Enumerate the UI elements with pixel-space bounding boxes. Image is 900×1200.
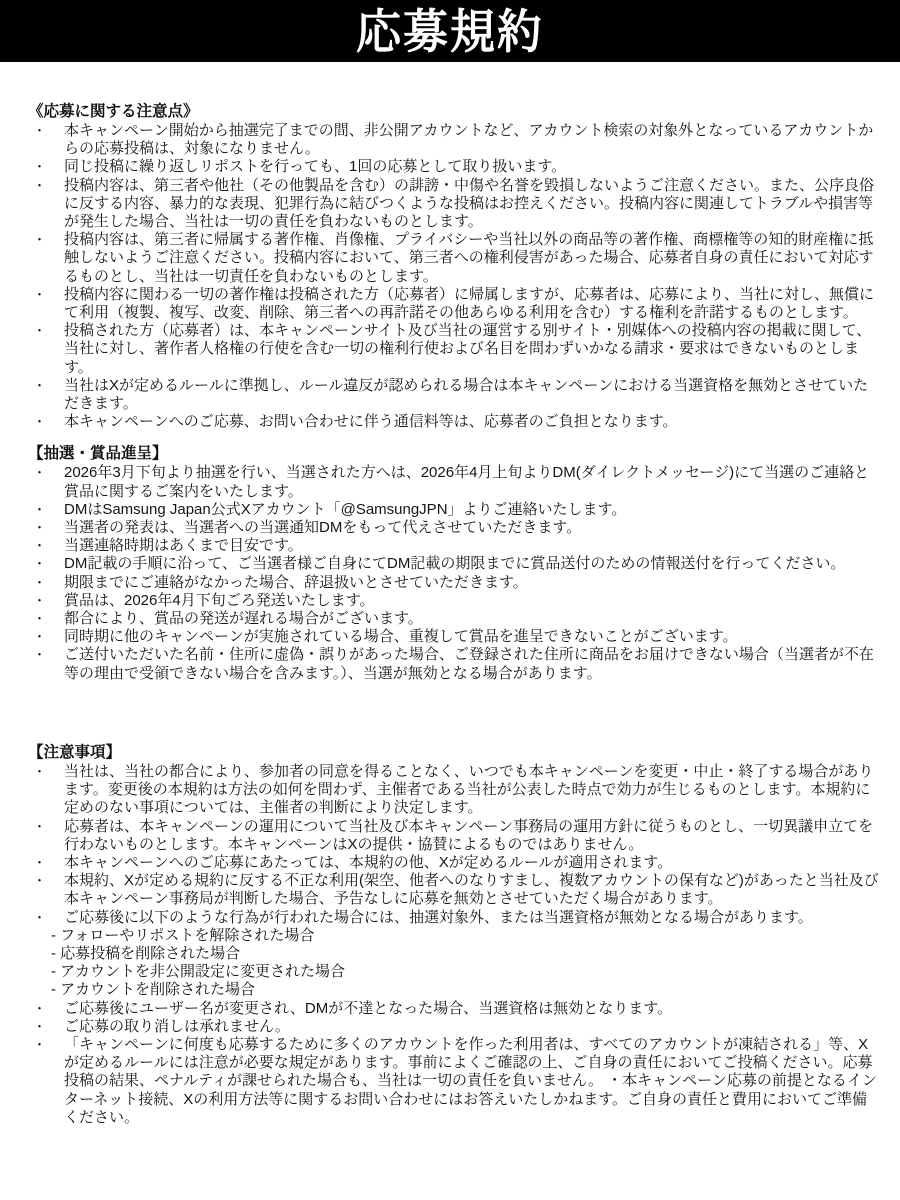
bullet-icon: ・: [28, 574, 64, 592]
list-item: ・投稿内容に関わる一切の著作権は投稿された方（応募者）に帰属しますが、応募者は、…: [28, 286, 880, 322]
item-text: 都合により、賞品の発送が遅れる場合がございます。: [64, 610, 880, 628]
item-text: DM記載の手順に沿って、ご当選者様ご自身にてDM記載の期限までに賞品送付のための…: [64, 555, 880, 573]
bullet-icon: ・: [28, 231, 64, 249]
terms-section: 《応募に関する注意点》 ・本キャンペーン開始から抽選完了までの間、非公開アカウン…: [28, 102, 880, 431]
item-text: 期限までにご連絡がなかった場合、辞退扱いとさせていただきます。: [64, 574, 880, 592]
sub-list-item: - アカウントを非公開設定に変更された場合: [51, 963, 880, 981]
item-text: 当選連絡時期はあくまで目安です。: [64, 537, 880, 555]
section-list: ・2026年3月下旬より抽選を行い、当選された方へは、2026年4月上旬よりDM…: [28, 464, 880, 682]
bullet-icon: ・: [28, 872, 64, 890]
list-item: ・当選者の発表は、当選者への当選通知DMをもって代えさせていただきます。: [28, 519, 880, 537]
item-text: 本キャンペーン開始から抽選完了までの間、非公開アカウントなど、アカウント検索の対…: [64, 122, 880, 158]
list-item: ・2026年3月下旬より抽選を行い、当選された方へは、2026年4月上旬よりDM…: [28, 464, 880, 500]
list-item: ・応募者は、本キャンペーンの運用について当社及び本キャンペーン事務局の運用方針に…: [28, 818, 880, 854]
section-heading: 【抽選・賞品進呈】: [28, 444, 880, 463]
bullet-icon: ・: [28, 610, 64, 628]
page-title: 応募規約: [356, 7, 544, 54]
section-heading: 《応募に関する注意点》: [28, 102, 880, 121]
bullet-icon: ・: [28, 555, 64, 573]
bullet-icon: ・: [28, 377, 64, 395]
bullet-icon: ・: [28, 413, 64, 431]
item-text: 本規約、Xが定める規約に反する不正な利用(架空、他者へのなりすまし、複数アカウン…: [64, 872, 880, 908]
list-item: ・本キャンペーンへのご応募にあたっては、本規約の他、Xが定めるルールが適用されま…: [28, 854, 880, 872]
list-item: ・当社は、当社の都合により、参加者の同意を得ることなく、いつでも本キャンペーンを…: [28, 763, 880, 818]
item-text: DMはSamsung Japan公式Xアカウント「@SamsungJPN」よりご…: [64, 501, 880, 519]
item-text: 同じ投稿に繰り返しリポストを行っても、1回の応募として取り扱います。: [64, 158, 880, 176]
page-header: 応募規約: [0, 0, 900, 62]
terms-section: 【注意事項】 ・当社は、当社の都合により、参加者の同意を得ることなく、いつでも本…: [28, 743, 880, 1127]
section-heading: 【注意事項】: [28, 743, 880, 762]
bullet-icon: ・: [28, 628, 64, 646]
list-item: ・投稿内容は、第三者や他社（その他製品を含む）の誹謗・中傷や名誉を毀損しないよう…: [28, 177, 880, 232]
bullet-icon: ・: [28, 818, 64, 836]
item-text: 本キャンペーンへのご応募にあたっては、本規約の他、Xが定めるルールが適用されます…: [64, 854, 880, 872]
item-text: 当社はXが定めるルールに準拠し、ルール違反が認められる場合は本キャンペーンにおけ…: [64, 377, 880, 413]
list-item: ・賞品は、2026年4月下旬ごろ発送いたします。: [28, 592, 880, 610]
bullet-icon: ・: [28, 122, 64, 140]
item-text: 応募者は、本キャンペーンの運用について当社及び本キャンペーン事務局の運用方針に従…: [64, 818, 880, 854]
bullet-icon: ・: [28, 1036, 64, 1054]
item-text: 「キャンペーンに何度も応募するために多くのアカウントを作った利用者は、すべてのア…: [64, 1036, 880, 1127]
list-item: ・都合により、賞品の発送が遅れる場合がございます。: [28, 610, 880, 628]
item-text: 投稿内容は、第三者や他社（その他製品を含む）の誹謗・中傷や名誉を毀損しないようご…: [64, 177, 880, 232]
bullet-icon: ・: [28, 1018, 64, 1036]
bullet-icon: ・: [28, 854, 64, 872]
sub-list-item: - アカウントを削除された場合: [51, 981, 880, 999]
terms-content: 《応募に関する注意点》 ・本キャンペーン開始から抽選完了までの間、非公開アカウン…: [0, 62, 900, 1127]
item-text: 本キャンペーンへのご応募、お問い合わせに伴う通信料等は、応募者のご負担となります…: [64, 413, 880, 431]
list-item: ・投稿された方（応募者）は、本キャンペーンサイト及び当社の運営する別サイト・別媒…: [28, 322, 880, 377]
list-item: ・期限までにご連絡がなかった場合、辞退扱いとさせていただきます。: [28, 574, 880, 592]
item-text: 賞品は、2026年4月下旬ごろ発送いたします。: [64, 592, 880, 610]
terms-section: 【抽選・賞品進呈】 ・2026年3月下旬より抽選を行い、当選された方へは、202…: [28, 444, 880, 682]
list-item: ・ご送付いただいた名前・住所に虚偽・誤りがあった場合、ご登録された住所に商品をお…: [28, 646, 880, 682]
sub-list-item: - フォローやリポストを解除された場合: [51, 927, 880, 945]
bullet-icon: ・: [28, 322, 64, 340]
item-text: 当社は、当社の都合により、参加者の同意を得ることなく、いつでも本キャンペーンを変…: [64, 763, 880, 818]
list-item: ・ご応募の取り消しは承れません。: [28, 1018, 880, 1036]
section-list: ・当社は、当社の都合により、参加者の同意を得ることなく、いつでも本キャンペーンを…: [28, 763, 880, 1127]
list-item: ・当社はXが定めるルールに準拠し、ルール違反が認められる場合は本キャンペーンにお…: [28, 377, 880, 413]
bullet-icon: ・: [28, 464, 64, 482]
section-list: ・本キャンペーン開始から抽選完了までの間、非公開アカウントなど、アカウント検索の…: [28, 122, 880, 431]
item-text: 投稿内容に関わる一切の著作権は投稿された方（応募者）に帰属しますが、応募者は、応…: [64, 286, 880, 322]
item-text: ご応募の取り消しは承れません。: [64, 1018, 880, 1036]
list-item: ・同時期に他のキャンペーンが実施されている場合、重複して賞品を進呈できないことが…: [28, 628, 880, 646]
list-item: ・当選連絡時期はあくまで目安です。: [28, 537, 880, 555]
item-text: ご応募後にユーザー名が変更され、DMが不達となった場合、当選資格は無効となります…: [64, 1000, 880, 1018]
bullet-icon: ・: [28, 501, 64, 519]
list-item: ・投稿内容は、第三者に帰属する著作権、肖像権、プライバシーや当社以外の商品等の著…: [28, 231, 880, 286]
item-text: 同時期に他のキャンペーンが実施されている場合、重複して賞品を進呈できないことがご…: [64, 628, 880, 646]
bullet-icon: ・: [28, 592, 64, 610]
list-item: ・ご応募後に以下のような行為が行われた場合には、抽選対象外、または当選資格が無効…: [28, 909, 880, 1000]
list-item: ・「キャンペーンに何度も応募するために多くのアカウントを作った利用者は、すべての…: [28, 1036, 880, 1127]
item-text: 投稿された方（応募者）は、本キャンペーンサイト及び当社の運営する別サイト・別媒体…: [64, 322, 880, 377]
bullet-icon: ・: [28, 519, 64, 537]
item-text: 2026年3月下旬より抽選を行い、当選された方へは、2026年4月上旬よりDM(…: [64, 464, 880, 500]
list-item: ・同じ投稿に繰り返しリポストを行っても、1回の応募として取り扱います。: [28, 158, 880, 176]
list-item: ・ご応募後にユーザー名が変更され、DMが不達となった場合、当選資格は無効となりま…: [28, 1000, 880, 1018]
item-text: ご送付いただいた名前・住所に虚偽・誤りがあった場合、ご登録された住所に商品をお届…: [64, 646, 880, 682]
list-item: ・DM記載の手順に沿って、ご当選者様ご自身にてDM記載の期限までに賞品送付のため…: [28, 555, 880, 573]
bullet-icon: ・: [28, 158, 64, 176]
item-text: 当選者の発表は、当選者への当選通知DMをもって代えさせていただきます。: [64, 519, 880, 537]
bullet-icon: ・: [28, 1000, 64, 1018]
list-item: ・DMはSamsung Japan公式Xアカウント「@SamsungJPN」より…: [28, 501, 880, 519]
list-item: ・本規約、Xが定める規約に反する不正な利用(架空、他者へのなりすまし、複数アカウ…: [28, 872, 880, 908]
bullet-icon: ・: [28, 763, 64, 781]
bullet-icon: ・: [28, 537, 64, 555]
bullet-icon: ・: [28, 909, 64, 927]
bullet-icon: ・: [28, 177, 64, 195]
item-text: ご応募後に以下のような行為が行われた場合には、抽選対象外、または当選資格が無効と…: [64, 909, 880, 1000]
item-text: 投稿内容は、第三者に帰属する著作権、肖像権、プライバシーや当社以外の商品等の著作…: [64, 231, 880, 286]
list-item: ・本キャンペーン開始から抽選完了までの間、非公開アカウントなど、アカウント検索の…: [28, 122, 880, 158]
bullet-icon: ・: [28, 646, 64, 664]
bullet-icon: ・: [28, 286, 64, 304]
list-item: ・本キャンペーンへのご応募、お問い合わせに伴う通信料等は、応募者のご負担となりま…: [28, 413, 880, 431]
sub-list-item: - 応募投稿を削除された場合: [51, 945, 880, 963]
